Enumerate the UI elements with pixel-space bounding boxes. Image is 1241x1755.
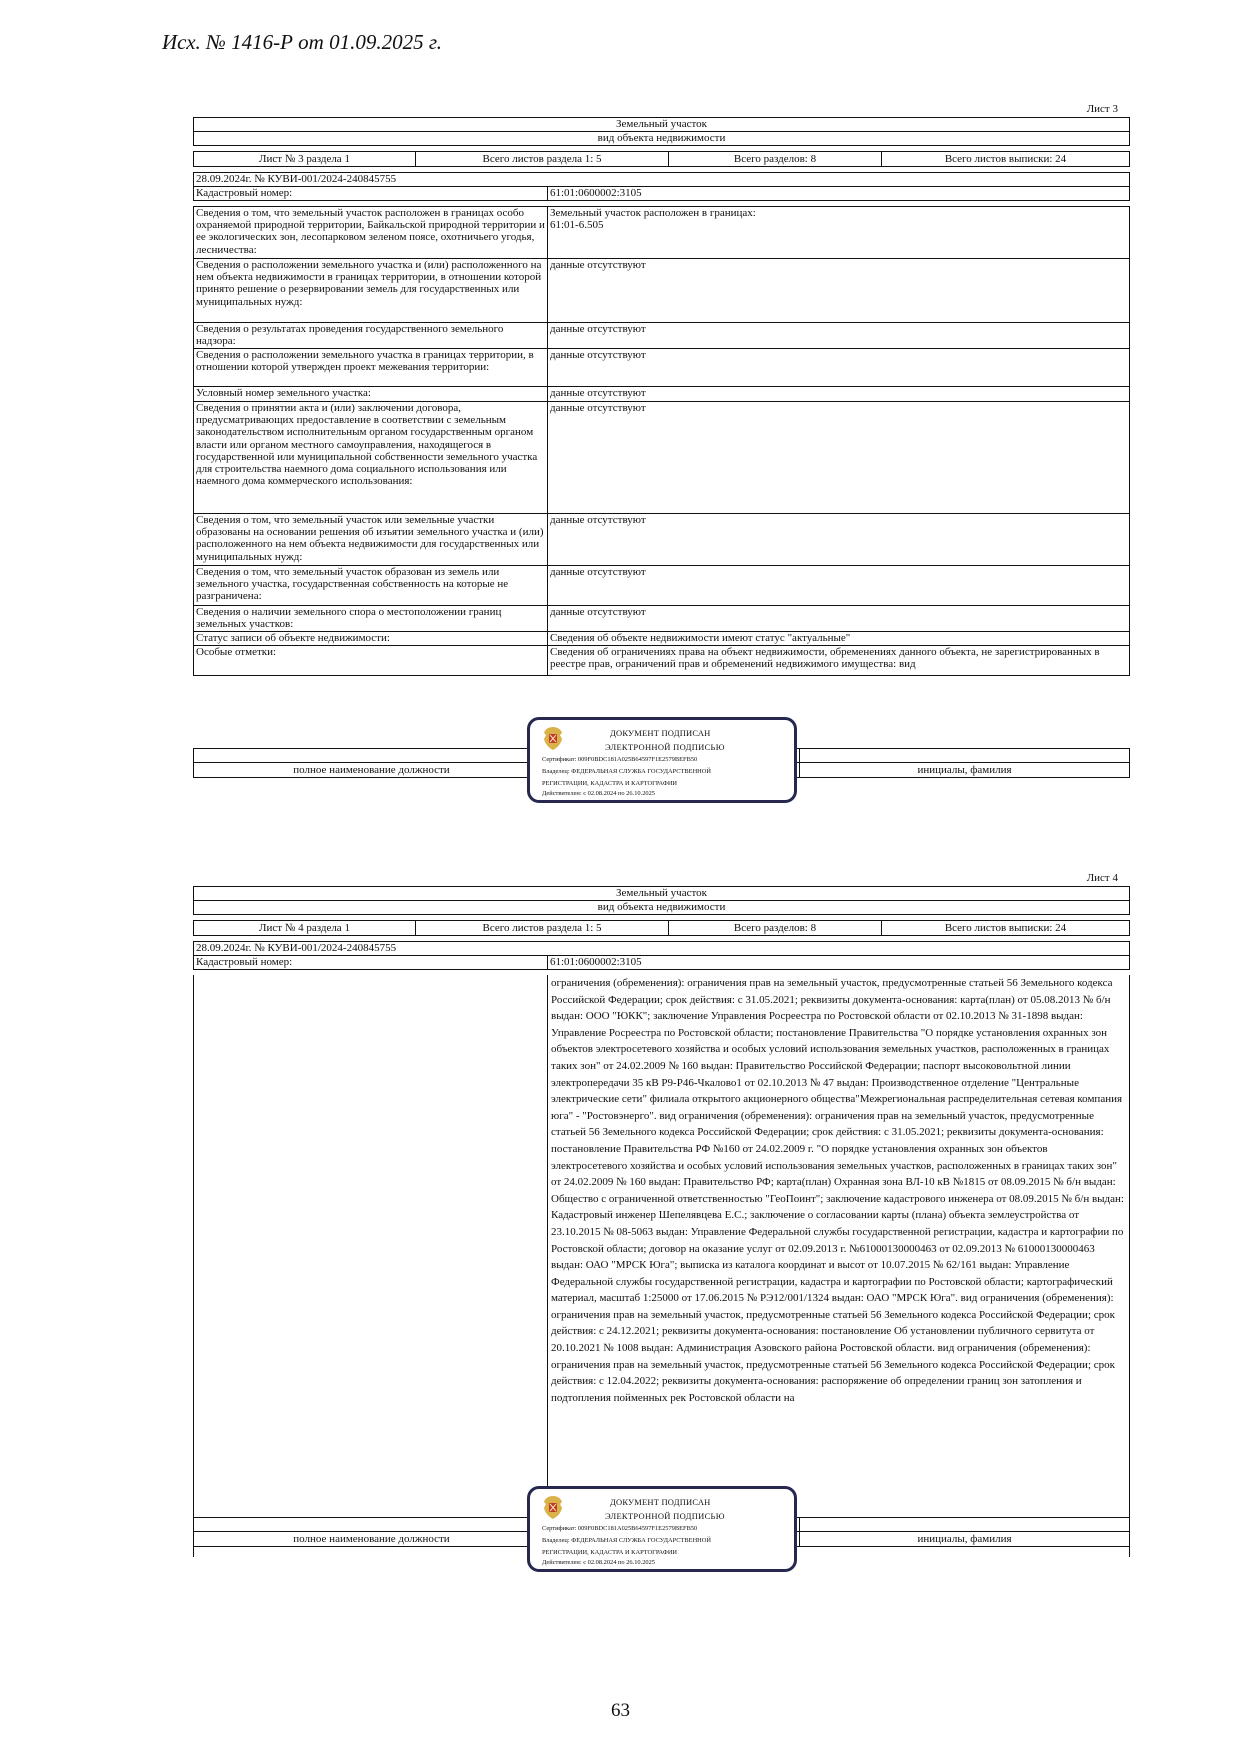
row-value: Сведения об объекте недвижимости имеют с… (548, 632, 1130, 646)
e-signature-stamp: ДОКУМЕНТ ПОДПИСАН ЭЛЕКТРОННОЙ ПОДПИСЬЮ С… (527, 717, 797, 803)
row-value: данные отсутствуют (548, 259, 1130, 323)
counter-sheet-number: Лист № 3 раздела 1 (194, 152, 416, 166)
cadastral-number-label: Кадастровый номер: (194, 956, 548, 969)
table-row: Сведения о том, что земельный участок ра… (194, 207, 1130, 259)
table-row: Сведения о наличии земельного спора о ме… (194, 606, 1130, 632)
table-row: Сведения о расположении земельного участ… (194, 349, 1130, 387)
page-number: 63 (0, 1700, 1241, 1722)
coat-of-arms-icon (542, 725, 564, 751)
cadastral-number-value: 61:01:0600002:3105 (548, 956, 1129, 969)
stamp-title-1: ДОКУМЕНТ ПОДПИСАН (610, 728, 711, 738)
row-key: Сведения о том, что земельный участок об… (194, 566, 548, 606)
counter-section-sheets: Всего листов раздела 1: 5 (416, 152, 669, 166)
object-subtitle: вид объекта недвижимости (193, 132, 1130, 146)
name-label: инициалы, фамилия (800, 1532, 1129, 1546)
sheet-counters: Лист № 3 раздела 1 Всего листов раздела … (193, 151, 1130, 167)
row-key: Сведения о том, что земельный участок ра… (194, 207, 548, 259)
row-key: Сведения о принятии акта и (или) заключе… (194, 402, 548, 514)
stamp-certificate: Сертификат: 009F0BDC181A025B64597F1E2579… (542, 756, 697, 763)
object-title: Земельный участок (193, 886, 1130, 901)
row-key: Статус записи об объекте недвижимости: (194, 632, 548, 646)
table-row: Сведения о принятии акта и (или) заключе… (194, 402, 1130, 514)
special-notes-continuation: ограничения (обременения): ограничения п… (193, 975, 1130, 1557)
outgoing-document-reference: Исх. № 1416-Р от 01.09.2025 г. (162, 30, 442, 55)
row-value: данные отсутствуют (548, 606, 1130, 632)
stamp-owner-2: РЕГИСТРАЦИИ, КАДАСТРА И КАРТОГРАФИИ (542, 780, 677, 787)
continuation-key-cell (193, 975, 547, 1557)
row-value: Земельный участок расположен в границах:… (548, 207, 1130, 259)
row-key: Условный номер земельного участка: (194, 387, 548, 402)
stamp-owner-1: Владелец: ФЕДЕРАЛЬНАЯ СЛУЖБА ГОСУДАРСТВЕ… (542, 768, 711, 775)
counter-total-sheets: Всего листов выписки: 24 (882, 152, 1129, 166)
sheet-4: Лист 4 Земельный участок вид объекта нед… (193, 872, 1130, 1557)
sheet-label: Лист 4 (193, 872, 1130, 886)
stamp-validity: Действителен: с 02.08.2024 по 26.10.2025 (542, 790, 655, 797)
row-value: данные отсутствуют (548, 323, 1130, 349)
table-row: Сведения о расположении земельного участ… (194, 259, 1130, 323)
table-row: Сведения о том, что земельный участок ил… (194, 514, 1130, 566)
sheet-label: Лист 3 (193, 103, 1130, 117)
counter-sheet-number: Лист № 4 раздела 1 (194, 921, 416, 935)
stamp-owner-1: Владелец: ФЕДЕРАЛЬНАЯ СЛУЖБА ГОСУДАРСТВЕ… (542, 1537, 711, 1544)
cadastral-number-value: 61:01:0600002:3105 (548, 187, 1129, 200)
table-row: Сведения о результатах проведения госуда… (194, 323, 1130, 349)
stamp-title-1: ДОКУМЕНТ ПОДПИСАН (610, 1497, 711, 1507)
row-value: Сведения об ограничениях права на объект… (548, 646, 1130, 676)
object-subtitle: вид объекта недвижимости (193, 901, 1130, 915)
stamp-owner-2: РЕГИСТРАЦИИ, КАДАСТРА И КАРТОГРАФИИ (542, 1549, 677, 1556)
stamp-title-2: ЭЛЕКТРОННОЙ ПОДПИСЬЮ (605, 742, 725, 752)
table-row: Особые отметки:Сведения об ограничениях … (194, 646, 1130, 676)
table-row: Условный номер земельного участка:данные… (194, 387, 1130, 402)
stamp-validity: Действителен: с 02.08.2024 по 26.10.2025 (542, 1559, 655, 1566)
property-info-table: Сведения о том, что земельный участок ра… (193, 206, 1130, 676)
counter-sections: Всего разделов: 8 (669, 921, 882, 935)
row-key: Сведения о расположении земельного участ… (194, 259, 548, 323)
sheet-counters: Лист № 4 раздела 1 Всего листов раздела … (193, 920, 1130, 936)
row-value: данные отсутствуют (548, 514, 1130, 566)
counter-sections: Всего разделов: 8 (669, 152, 882, 166)
continuation-text: ограничения (обременения): ограничения п… (547, 975, 1130, 1557)
row-value: данные отсутствуют (548, 566, 1130, 606)
position-label: полное наименование должности (194, 763, 549, 777)
counter-section-sheets: Всего листов раздела 1: 5 (416, 921, 669, 935)
object-title: Земельный участок (193, 117, 1130, 132)
row-key: Сведения о результатах проведения госуда… (194, 323, 548, 349)
extract-reference: 28.09.2024г. № КУВИ-001/2024-240845755 (194, 942, 396, 955)
name-label: инициалы, фамилия (800, 763, 1129, 777)
e-signature-stamp: ДОКУМЕНТ ПОДПИСАН ЭЛЕКТРОННОЙ ПОДПИСЬЮ С… (527, 1486, 797, 1572)
sheet-3: Лист 3 Земельный участок вид объекта нед… (193, 103, 1130, 676)
row-value: данные отсутствуют (548, 402, 1130, 514)
table-row: Статус записи об объекте недвижимости:Св… (194, 632, 1130, 646)
row-key: Сведения о том, что земельный участок ил… (194, 514, 548, 566)
row-value: данные отсутствуют (548, 349, 1130, 387)
stamp-certificate: Сертификат: 009F0BDC181A025B64597F1E2579… (542, 1525, 697, 1532)
counter-total-sheets: Всего листов выписки: 24 (882, 921, 1129, 935)
row-key: Сведения о наличии земельного спора о ме… (194, 606, 548, 632)
row-key: Особые отметки: (194, 646, 548, 676)
extract-header: 28.09.2024г. № КУВИ-001/2024-240845755 К… (193, 941, 1130, 970)
extract-header: 28.09.2024г. № КУВИ-001/2024-240845755 К… (193, 172, 1130, 201)
table-row: Сведения о том, что земельный участок об… (194, 566, 1130, 606)
coat-of-arms-icon (542, 1494, 564, 1520)
stamp-title-2: ЭЛЕКТРОННОЙ ПОДПИСЬЮ (605, 1511, 725, 1521)
cadastral-number-label: Кадастровый номер: (194, 187, 548, 200)
position-label: полное наименование должности (194, 1532, 549, 1546)
extract-reference: 28.09.2024г. № КУВИ-001/2024-240845755 (194, 173, 396, 186)
row-value: данные отсутствуют (548, 387, 1130, 402)
row-key: Сведения о расположении земельного участ… (194, 349, 548, 387)
